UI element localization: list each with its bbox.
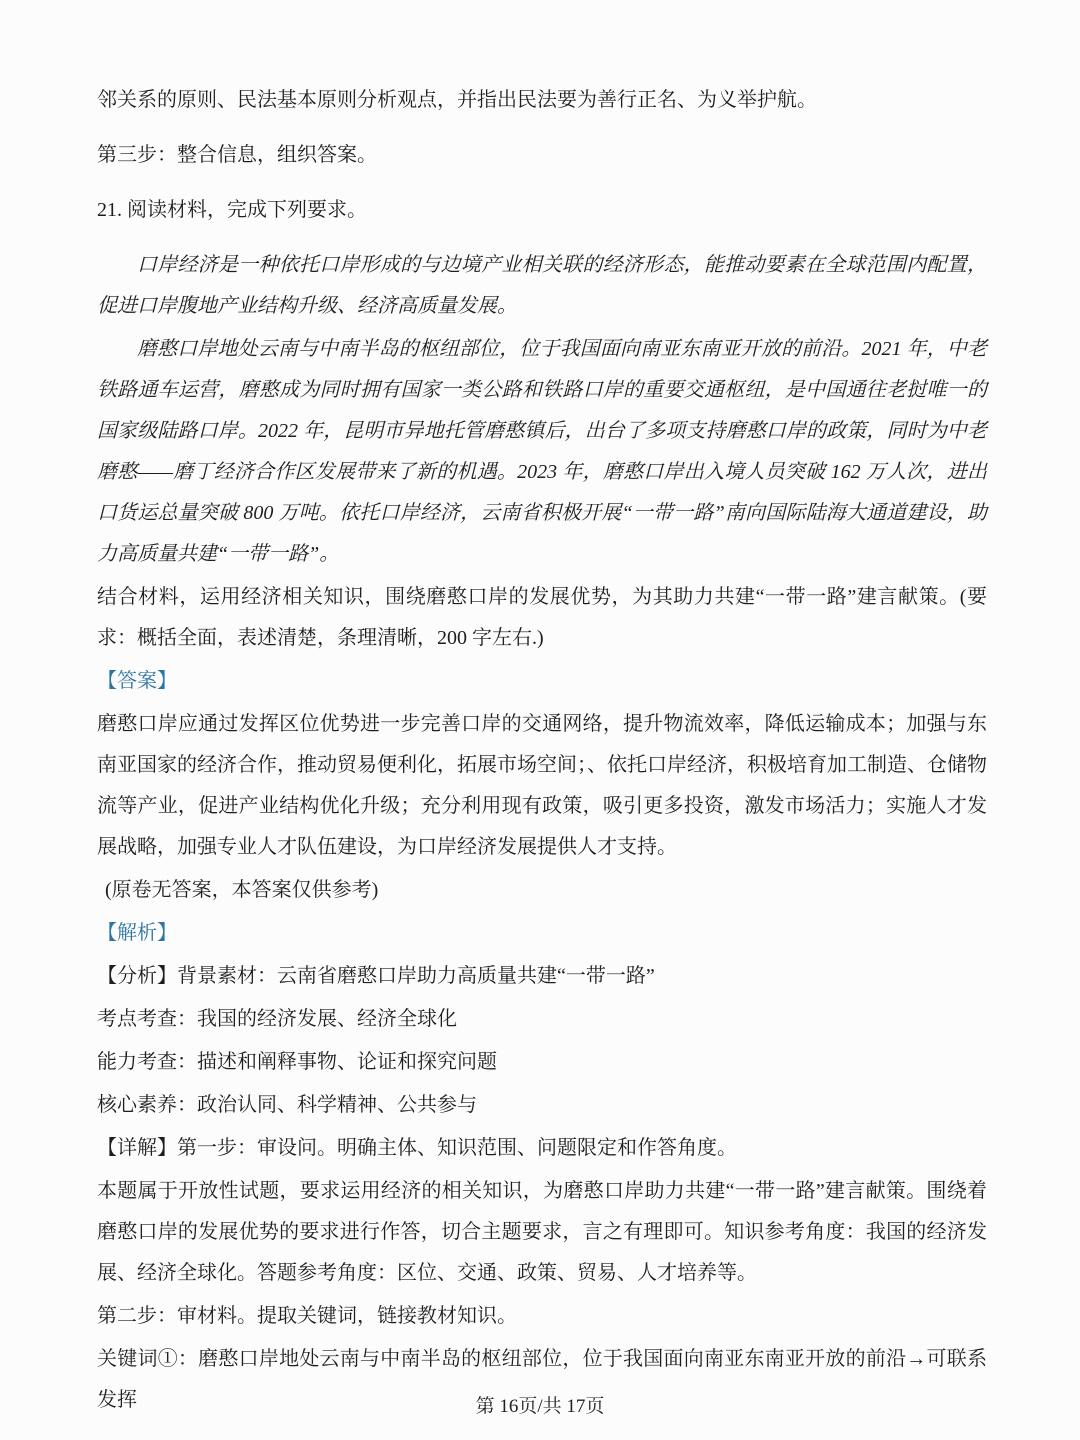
core-literacy-line: 核心素养：政治认同、科学精神、公共参与: [97, 1085, 987, 1126]
analysis-background-line: 【分析】背景素材：云南省磨憨口岸助力高质量共建“一带一路”: [97, 956, 987, 997]
detail-step2-line: 第二步：审材料。提取关键词，链接教材知识。: [97, 1296, 987, 1337]
exam-points-line: 考点考查：我国的经济发展、经济全球化: [97, 999, 987, 1040]
detail-step1-line: 【详解】第一步：审设问。明确主体、知识范围、问题限定和作答角度。: [97, 1128, 987, 1169]
answer-text: 磨憨口岸应通过发挥区位优势进一步完善口岸的交通网络，提升物流效率，降低运输成本；…: [97, 704, 987, 868]
answer-label: 【答案】: [97, 661, 987, 702]
step3-line: 第三步：整合信息，组织答案。: [97, 135, 987, 176]
question-21-heading: 21. 阅读材料，完成下列要求。: [97, 190, 987, 231]
analysis-label: 【解析】: [97, 913, 987, 954]
carryover-text-line: 邻关系的原则、民法基本原则分析观点，并指出民法要为善行正名、为义举护航。: [97, 80, 987, 121]
material-paragraph-2: 磨憨口岸地处云南与中南半岛的枢纽部位，位于我国面向南亚东南亚开放的前沿。2021…: [97, 329, 987, 575]
page-indicator: 第 16页/共 17页: [476, 1396, 605, 1417]
material-paragraph-1: 口岸经济是一种依托口岸形成的与边境产业相关联的经济形态，能推动要素在全球范围内配…: [97, 245, 987, 327]
ability-line: 能力考查：描述和阐释事物、论证和探究问题: [97, 1042, 987, 1083]
detail-body-paragraph: 本题属于开放性试题，要求运用经济的相关知识，为磨憨口岸助力共建“一带一路”建言献…: [97, 1171, 987, 1294]
document-page: 邻关系的原则、民法基本原则分析观点，并指出民法要为善行正名、为义举护航。 第三步…: [0, 0, 1080, 1440]
answer-note: (原卷无答案，本答案仅供参考): [97, 870, 987, 911]
page-footer: 第 16页/共 17页: [0, 1391, 1080, 1418]
document-content: 邻关系的原则、民法基本原则分析观点，并指出民法要为善行正名、为义举护航。 第三步…: [97, 80, 987, 1423]
task-requirement-line: 结合材料，运用经济相关知识，围绕磨憨口岸的发展优势，为其助力共建“一带一路”建言…: [97, 577, 987, 659]
